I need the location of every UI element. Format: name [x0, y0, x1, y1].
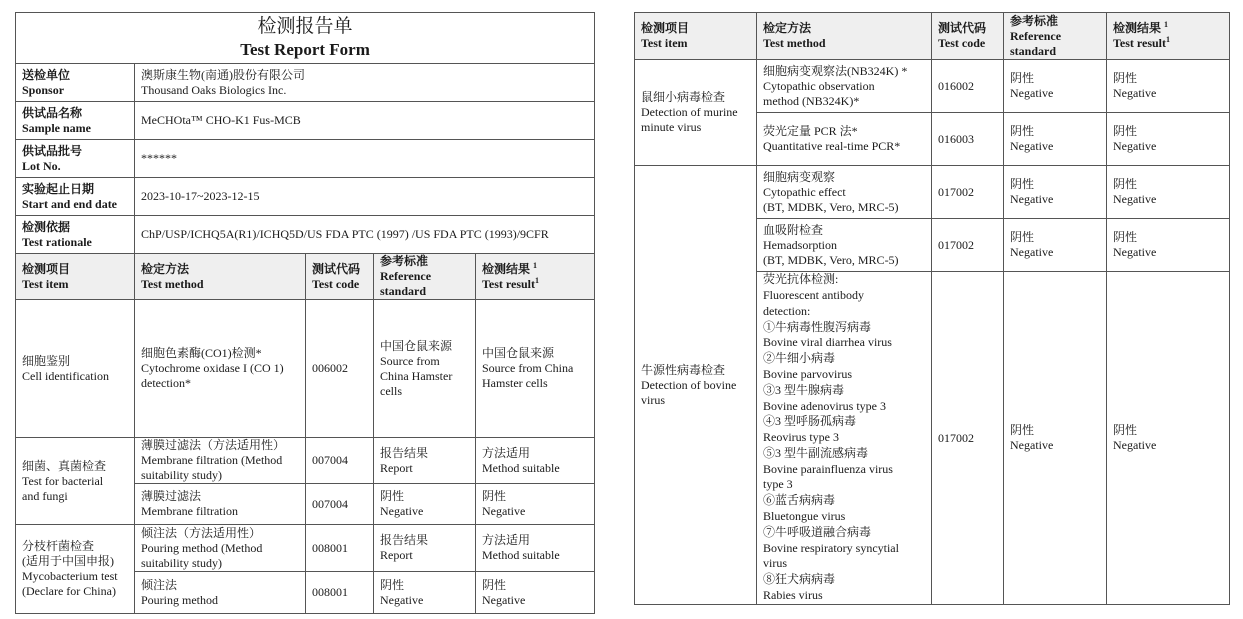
test-method-cell: 倾注法（方法适用性）Pouring method (Methodsuitabil… [135, 525, 306, 572]
result-cell: 阴性Negative [1107, 166, 1230, 219]
info-value: ****** [135, 140, 595, 178]
result-cell: 阴性Negative [476, 572, 595, 614]
result-cell: 中国仓鼠来源Source from ChinaHamster cells [476, 300, 595, 438]
col-test-code: 测试代码Test code [932, 13, 1004, 60]
test-method-cell: 细胞病变观察法(NB324K) *Cytopathic observationm… [757, 60, 932, 113]
result-cell: 方法适用Method suitable [476, 438, 595, 484]
info-value: 2023-10-17~2023-12-15 [135, 178, 595, 216]
reference-cell: 阴性Negative [1004, 166, 1107, 219]
reference-cell: 阴性Negative [1004, 60, 1107, 113]
reference-cell: 报告结果Report [374, 438, 476, 484]
test-code-cell: 008001 [306, 525, 374, 572]
test-method-cell: 细胞色素酶(CO1)检测*Cytochrome oxidase I (CO 1)… [135, 300, 306, 438]
test-code-cell: 016002 [932, 60, 1004, 113]
table-row: 细胞鉴别Cell identification 细胞色素酶(CO1)检测*Cyt… [16, 300, 595, 438]
result-cell: 阴性Negative [1107, 272, 1230, 605]
test-method-cell: 荧光定量 PCR 法*Quantitative real-time PCR* [757, 113, 932, 166]
result-cell: 方法适用Method suitable [476, 525, 595, 572]
col-test-method: 检定方法Test method [757, 13, 932, 60]
info-row-sponsor: 送检单位Sponsor 澳斯康生物(南通)股份有限公司Thousand Oaks… [16, 64, 595, 102]
test-method-cell: 血吸附检查Hemadsorption(BT, MDBK, Vero, MRC-5… [757, 219, 932, 272]
info-label: 实验起止日期Start and end date [16, 178, 135, 216]
reference-cell: 阴性Negative [1004, 219, 1107, 272]
col-reference-standard: 参考标准Referencestandard [374, 254, 476, 300]
reference-cell: 阴性Negative [374, 572, 476, 614]
test-code-cell: 008001 [306, 572, 374, 614]
info-row-rationale: 检测依据Test rationale ChP/USP/ICHQ5A(R1)/IC… [16, 216, 595, 254]
test-code-cell: 016003 [932, 113, 1004, 166]
info-row-dates: 实验起止日期Start and end date 2023-10-17~2023… [16, 178, 595, 216]
test-method-cell: 细胞病变观察Cytopathic effect(BT, MDBK, Vero, … [757, 166, 932, 219]
info-value: ChP/USP/ICHQ5A(R1)/ICHQ5D/US FDA PTC (19… [135, 216, 595, 254]
table-header: 检测项目Test item 检定方法Test method 测试代码Test c… [16, 254, 595, 300]
report-title: 检测报告单 Test Report Form [16, 13, 595, 64]
table-row: 分枝杆菌检查(适用于中国申报)Mycobacterium test(Declar… [16, 525, 595, 572]
test-code-cell: 007004 [306, 438, 374, 484]
info-row-lot-no: 供试品批号Lot No. ****** [16, 140, 595, 178]
test-method-cell: 薄膜过滤法Membrane filtration [135, 484, 306, 525]
info-row-sample-name: 供试品名称Sample name MeCHOta™ CHO-K1 Fus-MCB [16, 102, 595, 140]
info-value: 澳斯康生物(南通)股份有限公司Thousand Oaks Biologics I… [135, 64, 595, 102]
report-title-cn: 检测报告单 [16, 15, 594, 39]
reference-cell: 中国仓鼠来源Source fromChina Hamstercells [374, 300, 476, 438]
test-report-form-page-2: 检测项目Test item 检定方法Test method 测试代码Test c… [634, 12, 1230, 605]
info-label: 供试品批号Lot No. [16, 140, 135, 178]
test-item-cell: 细胞鉴别Cell identification [16, 300, 135, 438]
reference-cell: 阴性Negative [1004, 113, 1107, 166]
test-item-cell: 牛源性病毒检查Detection of bovinevirus [635, 166, 757, 605]
test-item-cell: 鼠细小病毒检查Detection of murineminute virus [635, 60, 757, 166]
info-label: 供试品名称Sample name [16, 102, 135, 140]
col-test-code: 测试代码Test code [306, 254, 374, 300]
reference-cell: 阴性Negative [374, 484, 476, 525]
result-cell: 阴性Negative [1107, 219, 1230, 272]
report-title-en: Test Report Form [16, 39, 594, 61]
col-test-item: 检测项目Test item [16, 254, 135, 300]
result-cell: 阴性Negative [476, 484, 595, 525]
test-method-cell: 荧光抗体检测: Fluorescent antibody detection: … [757, 272, 932, 605]
test-item-cell: 分枝杆菌检查(适用于中国申报)Mycobacterium test(Declar… [16, 525, 135, 614]
col-reference-standard: 参考标准Referencestandard [1004, 13, 1107, 60]
col-test-method: 检定方法Test method [135, 254, 306, 300]
test-code-cell: 017002 [932, 166, 1004, 219]
col-test-result: 检测结果 1Test result1 [1107, 13, 1230, 60]
info-label: 送检单位Sponsor [16, 64, 135, 102]
test-code-cell: 006002 [306, 300, 374, 438]
test-method-cell: 薄膜过滤法（方法适用性）Membrane filtration (Methods… [135, 438, 306, 484]
test-code-cell: 017002 [932, 219, 1004, 272]
col-test-item: 检测项目Test item [635, 13, 757, 60]
test-method-cell: 倾注法Pouring method [135, 572, 306, 614]
result-cell: 阴性Negative [1107, 113, 1230, 166]
info-value: MeCHOta™ CHO-K1 Fus-MCB [135, 102, 595, 140]
col-test-result: 检测结果 1Test result1 [476, 254, 595, 300]
test-code-cell: 017002 [932, 272, 1004, 605]
reference-cell: 阴性Negative [1004, 272, 1107, 605]
test-report-form-page-1: 检测报告单 Test Report Form 送检单位Sponsor 澳斯康生物… [15, 12, 595, 614]
info-label: 检测依据Test rationale [16, 216, 135, 254]
test-code-cell: 007004 [306, 484, 374, 525]
test-item-cell: 细菌、真菌检查Test for bacterialand fungi [16, 438, 135, 525]
table-row: 牛源性病毒检查Detection of bovinevirus 细胞病变观察Cy… [635, 166, 1230, 219]
table-row: 鼠细小病毒检查Detection of murineminute virus 细… [635, 60, 1230, 113]
table-row: 细菌、真菌检查Test for bacterialand fungi 薄膜过滤法… [16, 438, 595, 484]
result-cell: 阴性Negative [1107, 60, 1230, 113]
reference-cell: 报告结果Report [374, 525, 476, 572]
table-header: 检测项目Test item 检定方法Test method 测试代码Test c… [635, 13, 1230, 60]
